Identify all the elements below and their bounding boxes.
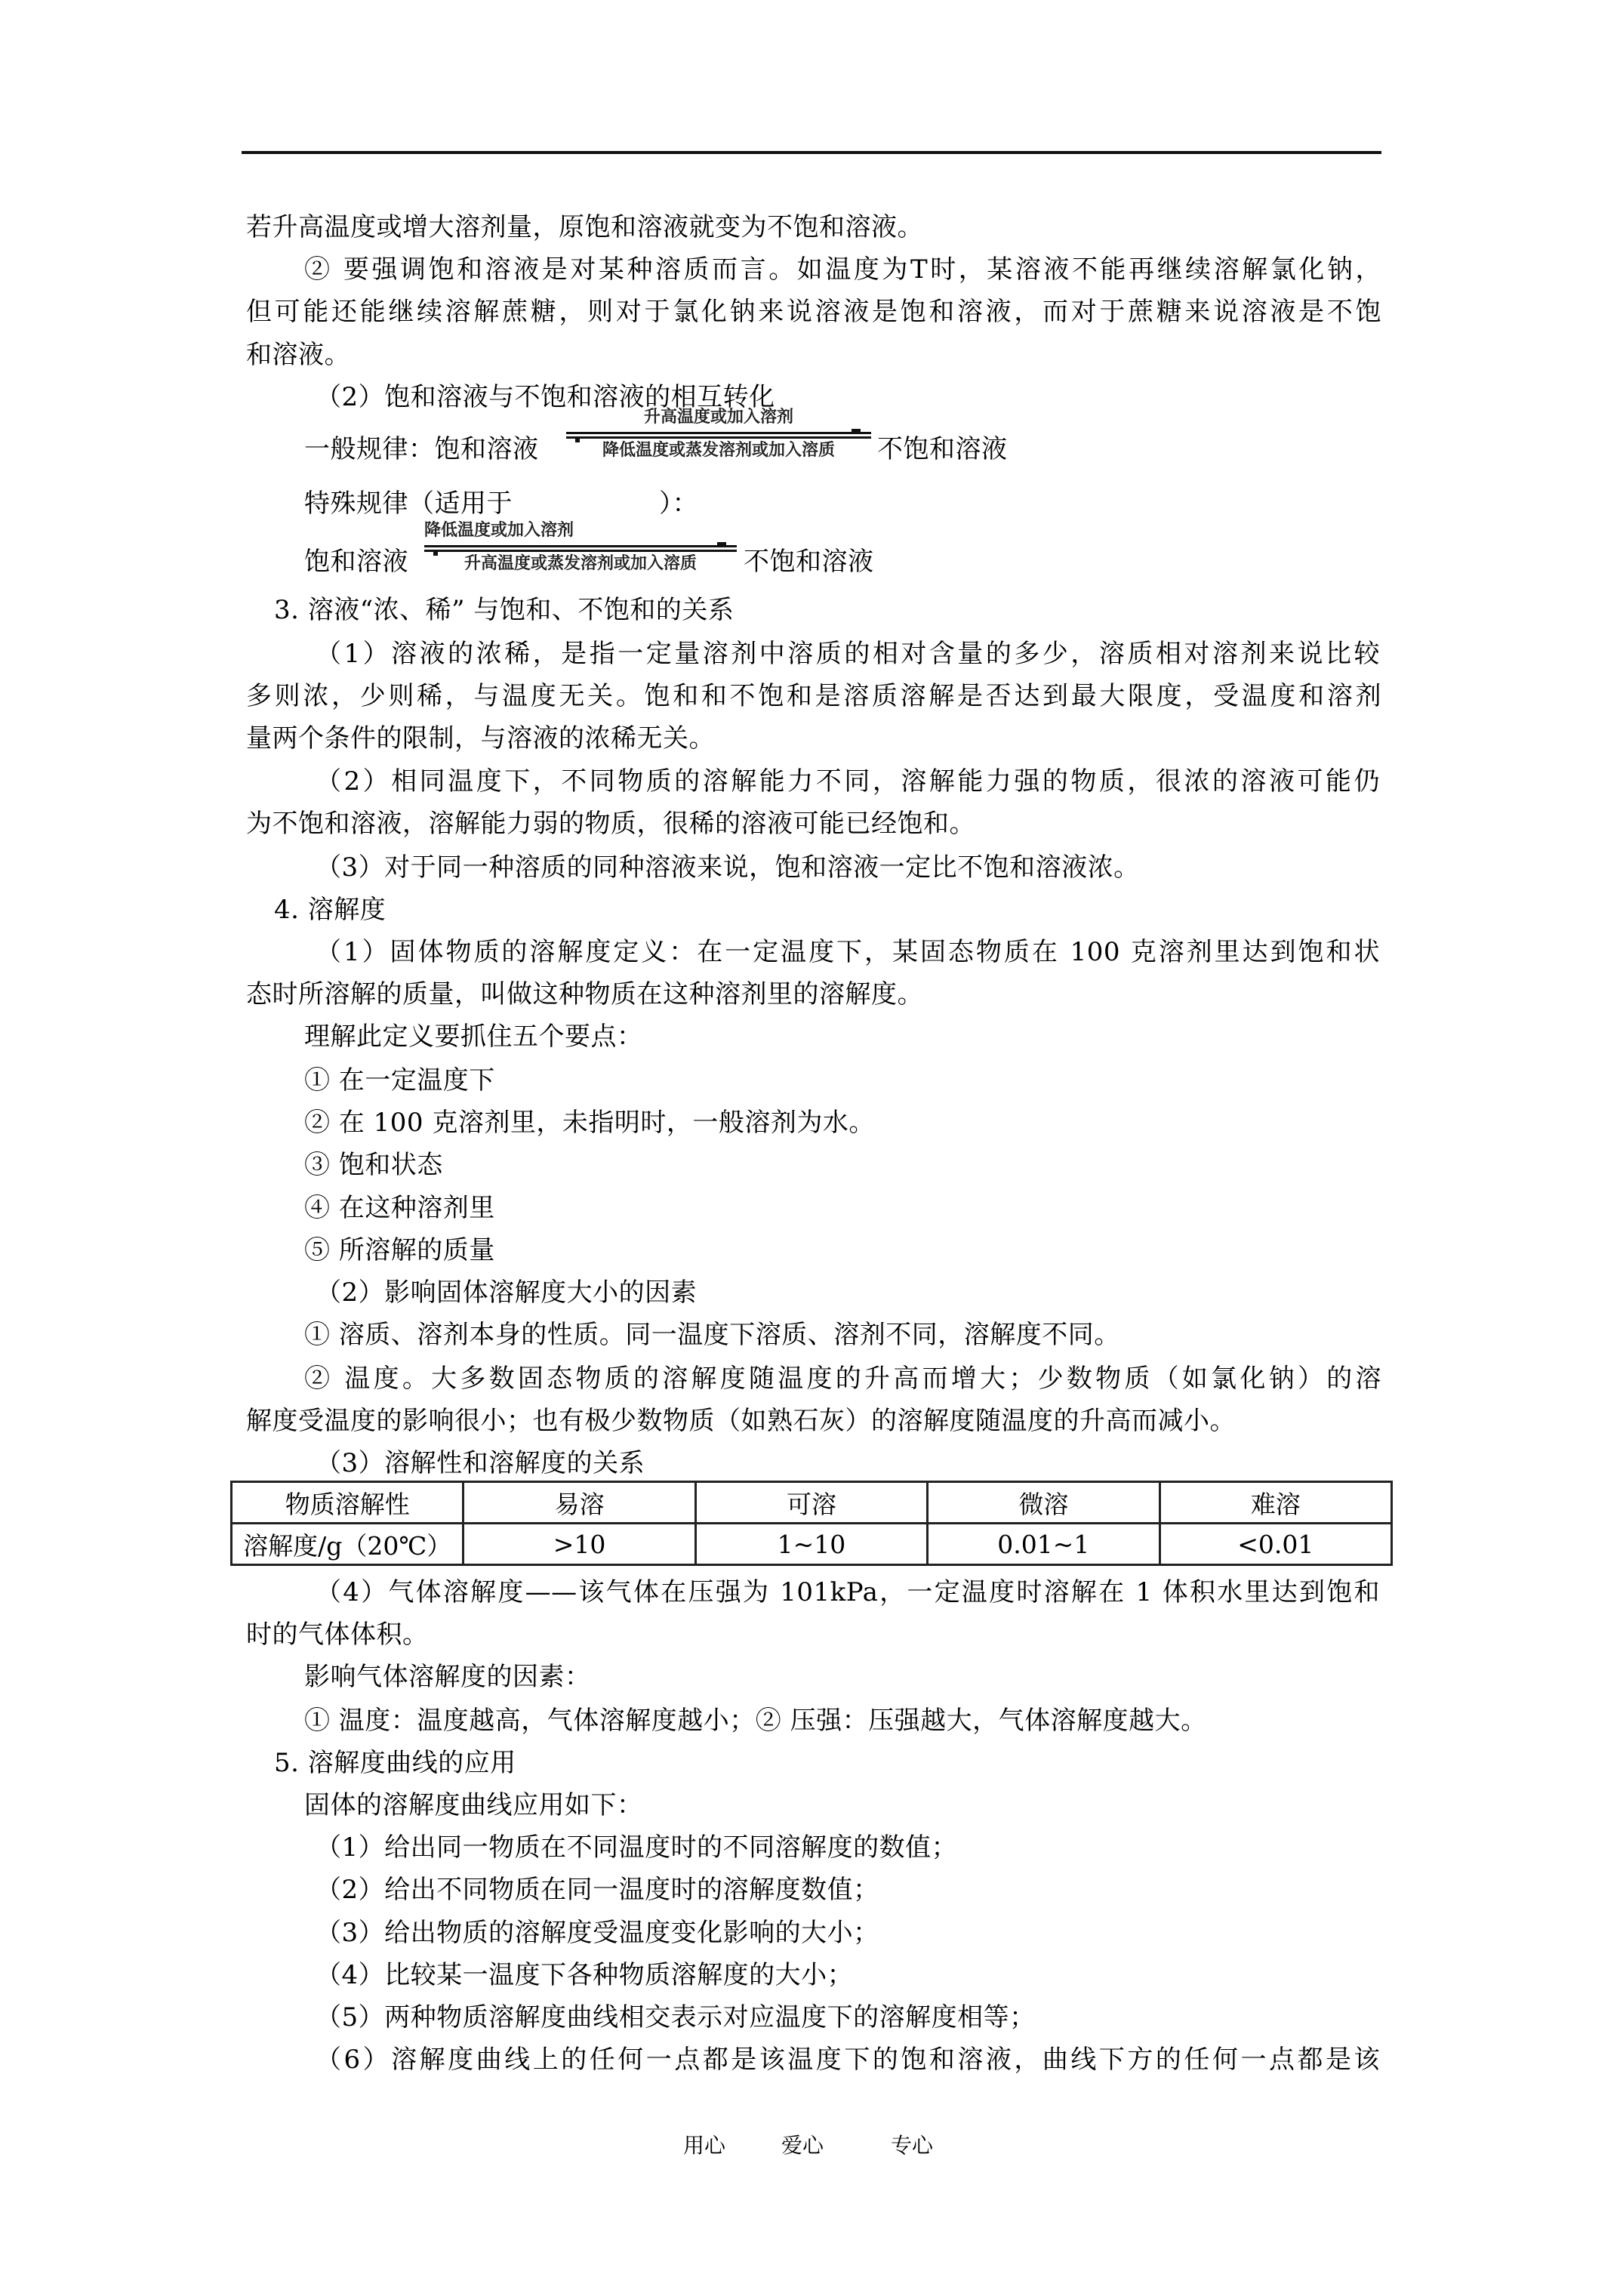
header-rule — [242, 151, 1381, 154]
footer-text: 用心 — [683, 2132, 725, 2159]
general-rule-result: 不饱和溶液 — [877, 431, 1008, 467]
special-rule-label: 特殊规律（适用于 — [304, 485, 513, 522]
list-item: ① 温度：温度越高，气体溶解度越小；② 压强：压强越大，气体溶解度越大。 — [304, 1703, 1207, 1739]
special-rule-label-end: ）： — [659, 485, 698, 522]
section-heading: 3. 溶液“浓、稀” 与饱和、不饱和的关系 — [274, 592, 734, 628]
list-item: ⑤ 所溶解的质量 — [304, 1232, 495, 1268]
arrow-condition-reverse: 升高温度或蒸发溶剂或加入溶质 — [424, 554, 737, 574]
footer-text: 爱心 — [781, 2132, 824, 2159]
table-cell: 易溶 — [463, 1482, 695, 1524]
subsection-heading: （2）影响固体溶解度大小的因素 — [316, 1274, 697, 1311]
paragraph-line: 影响气体溶解度的因素： — [304, 1659, 591, 1695]
paragraph-line: 多则浓，少则稀，与温度无关。饱和和不饱和是溶质溶解是否达到最大限度，受温度和溶剂 — [246, 678, 1381, 714]
paragraph-line: 和溶液。 — [246, 337, 350, 373]
table-cell: 物质溶解性 — [232, 1482, 463, 1524]
table-cell: >10 — [463, 1524, 695, 1565]
arrow-condition-forward: 降低温度或加入溶剂 — [424, 521, 737, 541]
list-item: ② 在 100 克溶剂里，未指明时，一般溶剂为水。 — [304, 1105, 875, 1141]
reversible-arrow-general: 升高温度或加入溶剂 降低温度或蒸发溶剂或加入溶质 — [566, 408, 871, 465]
paragraph-line: （1）固体物质的溶解度定义：在一定温度下，某固态物质在 100 克溶剂里达到饱和… — [316, 934, 1380, 970]
list-item: （2）给出不同物质在同一温度时的溶解度数值； — [316, 1872, 879, 1908]
paragraph-line: 为不饱和溶液，溶解能力弱的物质，很稀的溶液可能已经饱和。 — [246, 806, 975, 842]
solubility-table: 物质溶解性 易溶 可溶 微溶 难溶 溶解度/g（20℃） >10 1~10 0.… — [230, 1481, 1393, 1566]
subsection-heading: （3）溶解性和溶解度的关系 — [316, 1445, 645, 1481]
list-item: ④ 在这种溶剂里 — [304, 1190, 495, 1226]
table-cell: 微溶 — [928, 1482, 1160, 1524]
paragraph-line: （4）气体溶解度——该气体在压强为 101kPa，一定温度时溶解在 1 体积水里… — [316, 1574, 1380, 1610]
paragraph-line: 理解此定义要抓住五个要点： — [304, 1019, 643, 1055]
paragraph-line: 量两个条件的限制，与溶液的浓稀无关。 — [246, 720, 715, 757]
special-rule-result: 不饱和溶液 — [744, 544, 874, 580]
paragraph-line: 固体的溶解度曲线应用如下： — [304, 1787, 643, 1823]
list-item: ① 在一定温度下 — [304, 1062, 495, 1099]
section-heading: 4. 溶解度 — [274, 892, 386, 928]
table-row: 物质溶解性 易溶 可溶 微溶 难溶 — [232, 1482, 1392, 1524]
paragraph-line: 时的气体体积。 — [246, 1616, 429, 1653]
table-cell: 难溶 — [1160, 1482, 1391, 1524]
arrow-condition-forward: 升高温度或加入溶剂 — [566, 408, 871, 427]
table-cell: 1~10 — [695, 1524, 927, 1565]
paragraph-line: （3）对于同一种溶质的同种溶液来说，饱和溶液一定比不饱和溶液浓。 — [316, 849, 1140, 886]
table-cell: 0.01~1 — [928, 1524, 1160, 1565]
list-item: （4）比较某一温度下各种物质溶解度的大小； — [316, 1957, 853, 1993]
list-item: （3）给出物质的溶解度受温度变化影响的大小； — [316, 1915, 879, 1951]
reversible-arrow-special: 降低温度或加入溶剂 升高温度或蒸发溶剂或加入溶质 — [424, 521, 737, 578]
paragraph-line: 若升高温度或增大溶剂量，原饱和溶液就变为不饱和溶液。 — [246, 209, 923, 245]
paragraph-line: 解度受温度的影响很小；也有极少数物质（如熟石灰）的溶解度随温度的升高而减小。 — [246, 1403, 1236, 1439]
double-arrow-icon — [566, 430, 871, 439]
general-rule-label: 一般规律：饱和溶液 — [304, 431, 539, 467]
special-rule-left: 饱和溶液 — [304, 544, 408, 580]
table-row: 溶解度/g（20℃） >10 1~10 0.01~1 <0.01 — [232, 1524, 1392, 1565]
arrow-condition-reverse: 降低温度或蒸发溶剂或加入溶质 — [566, 441, 871, 461]
page-footer: 用心 爱心 专心 — [0, 2132, 1623, 2159]
list-item: （6）溶解度曲线上的任何一点都是该温度下的饱和溶液，曲线下方的任何一点都是该 — [316, 2042, 1380, 2078]
list-item: （1）给出同一物质在不同温度时的不同溶解度的数值； — [316, 1829, 957, 1866]
double-arrow-icon — [424, 544, 737, 553]
paragraph-line: ② 要强调饱和溶液是对某种溶质而言。如温度为T时，某溶液不能再继续溶解氯化钠， — [304, 251, 1381, 288]
footer-text: 专心 — [891, 2132, 933, 2159]
list-item: ② 温度。大多数固态物质的溶解度随温度的升高而增大；少数物质（如氯化钠）的溶 — [304, 1361, 1381, 1397]
list-item: ① 溶质、溶剂本身的性质。同一温度下溶质、溶剂不同，溶解度不同。 — [304, 1317, 1120, 1353]
paragraph-line: 但可能还能继续溶解蔗糖，则对于氯化钠来说溶液是饱和溶液，而对于蔗糖来说溶液是不饱 — [246, 294, 1381, 330]
table-cell: 可溶 — [695, 1482, 927, 1524]
list-item: ③ 饱和状态 — [304, 1147, 443, 1183]
paragraph-line: （2）相同温度下，不同物质的溶解能力不同，溶解能力强的物质，很浓的溶液可能仍 — [316, 763, 1380, 800]
paragraph-line: 态时所溶解的质量，叫做这种物质在这种溶剂里的溶解度。 — [246, 976, 923, 1012]
table-cell: <0.01 — [1160, 1524, 1391, 1565]
paragraph-line: （1）溶液的浓稀，是指一定量溶剂中溶质的相对含量的多少，溶质相对溶剂来说比较 — [316, 636, 1380, 672]
list-item: （5）两种物质溶解度曲线相交表示对应温度下的溶解度相等； — [316, 1999, 1036, 2036]
section-heading: 5. 溶解度曲线的应用 — [274, 1745, 516, 1781]
table-cell: 溶解度/g（20℃） — [232, 1524, 463, 1565]
